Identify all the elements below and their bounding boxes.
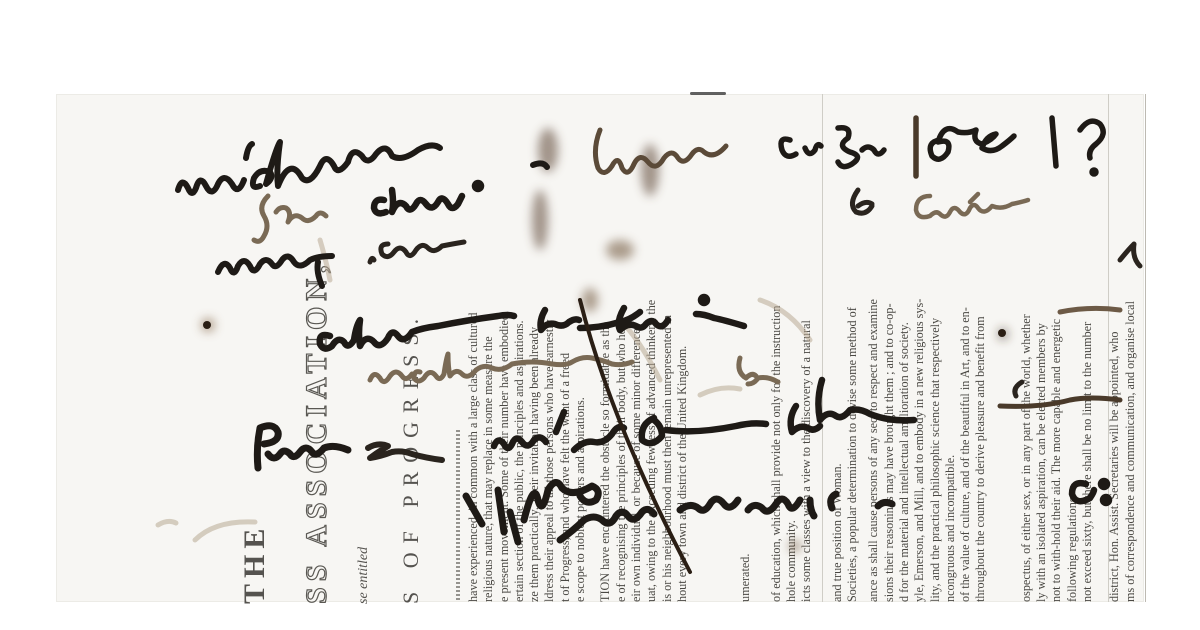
handwriting-line-3b: [916, 194, 1028, 217]
handwriting-line-2: [254, 196, 326, 241]
handwriting-line-3: [852, 190, 872, 213]
handwriting-layer: [0, 0, 1200, 630]
handwriting-line-1b: [595, 130, 726, 173]
handwriting-line-1: [178, 142, 547, 193]
handwriting-line-9b: [1072, 481, 1109, 503]
handwriting-line-2b: [374, 183, 481, 213]
handwriting-line-6: [370, 354, 778, 384]
handwriting-line-7b: [368, 444, 442, 460]
handwriting-line-1c: [781, 118, 1103, 176]
handwriting-line-4: [218, 256, 332, 286]
handwriting-line-5: [320, 297, 744, 349]
handwriting-line-7: [257, 426, 348, 468]
handwriting-margin: [1000, 244, 1140, 406]
ink-dot: [203, 321, 211, 329]
handwriting-line-4b: [370, 242, 464, 262]
handwriting-line-9: [466, 482, 892, 542]
ink-dot: [998, 329, 1006, 337]
